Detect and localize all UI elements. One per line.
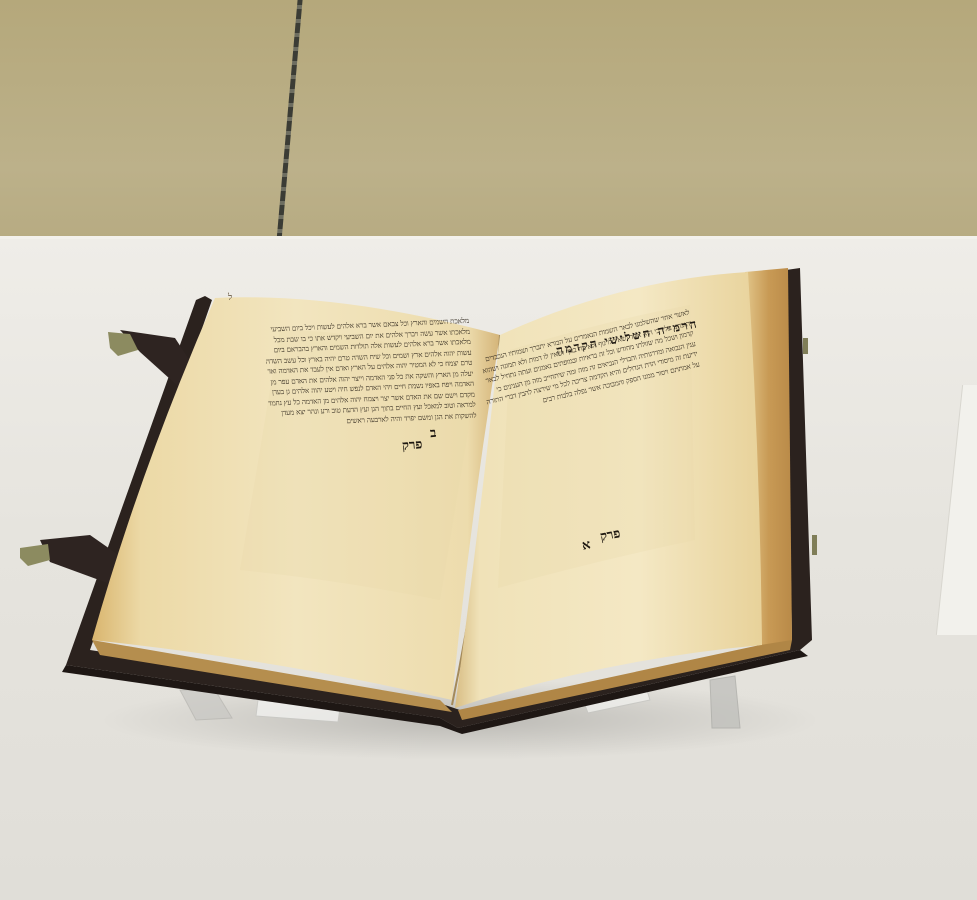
book-illustration bbox=[0, 0, 977, 900]
strap-bottom bbox=[20, 535, 120, 584]
left-chapter-number: ב bbox=[429, 425, 437, 441]
folio-mark: ל bbox=[228, 292, 232, 303]
clasp-right-bottom bbox=[812, 535, 817, 555]
clasp-right-top bbox=[803, 338, 808, 354]
left-page-text: מלאכת השמים והארץ וכל צבאם אשר ברא אלהים… bbox=[259, 316, 492, 614]
strap-top bbox=[108, 330, 192, 388]
right-page-text: לאשר אחר שהשלמנו לבאר השמות הנאמרים על ה… bbox=[474, 308, 736, 603]
left-chapter-heading: פרק bbox=[401, 436, 423, 454]
